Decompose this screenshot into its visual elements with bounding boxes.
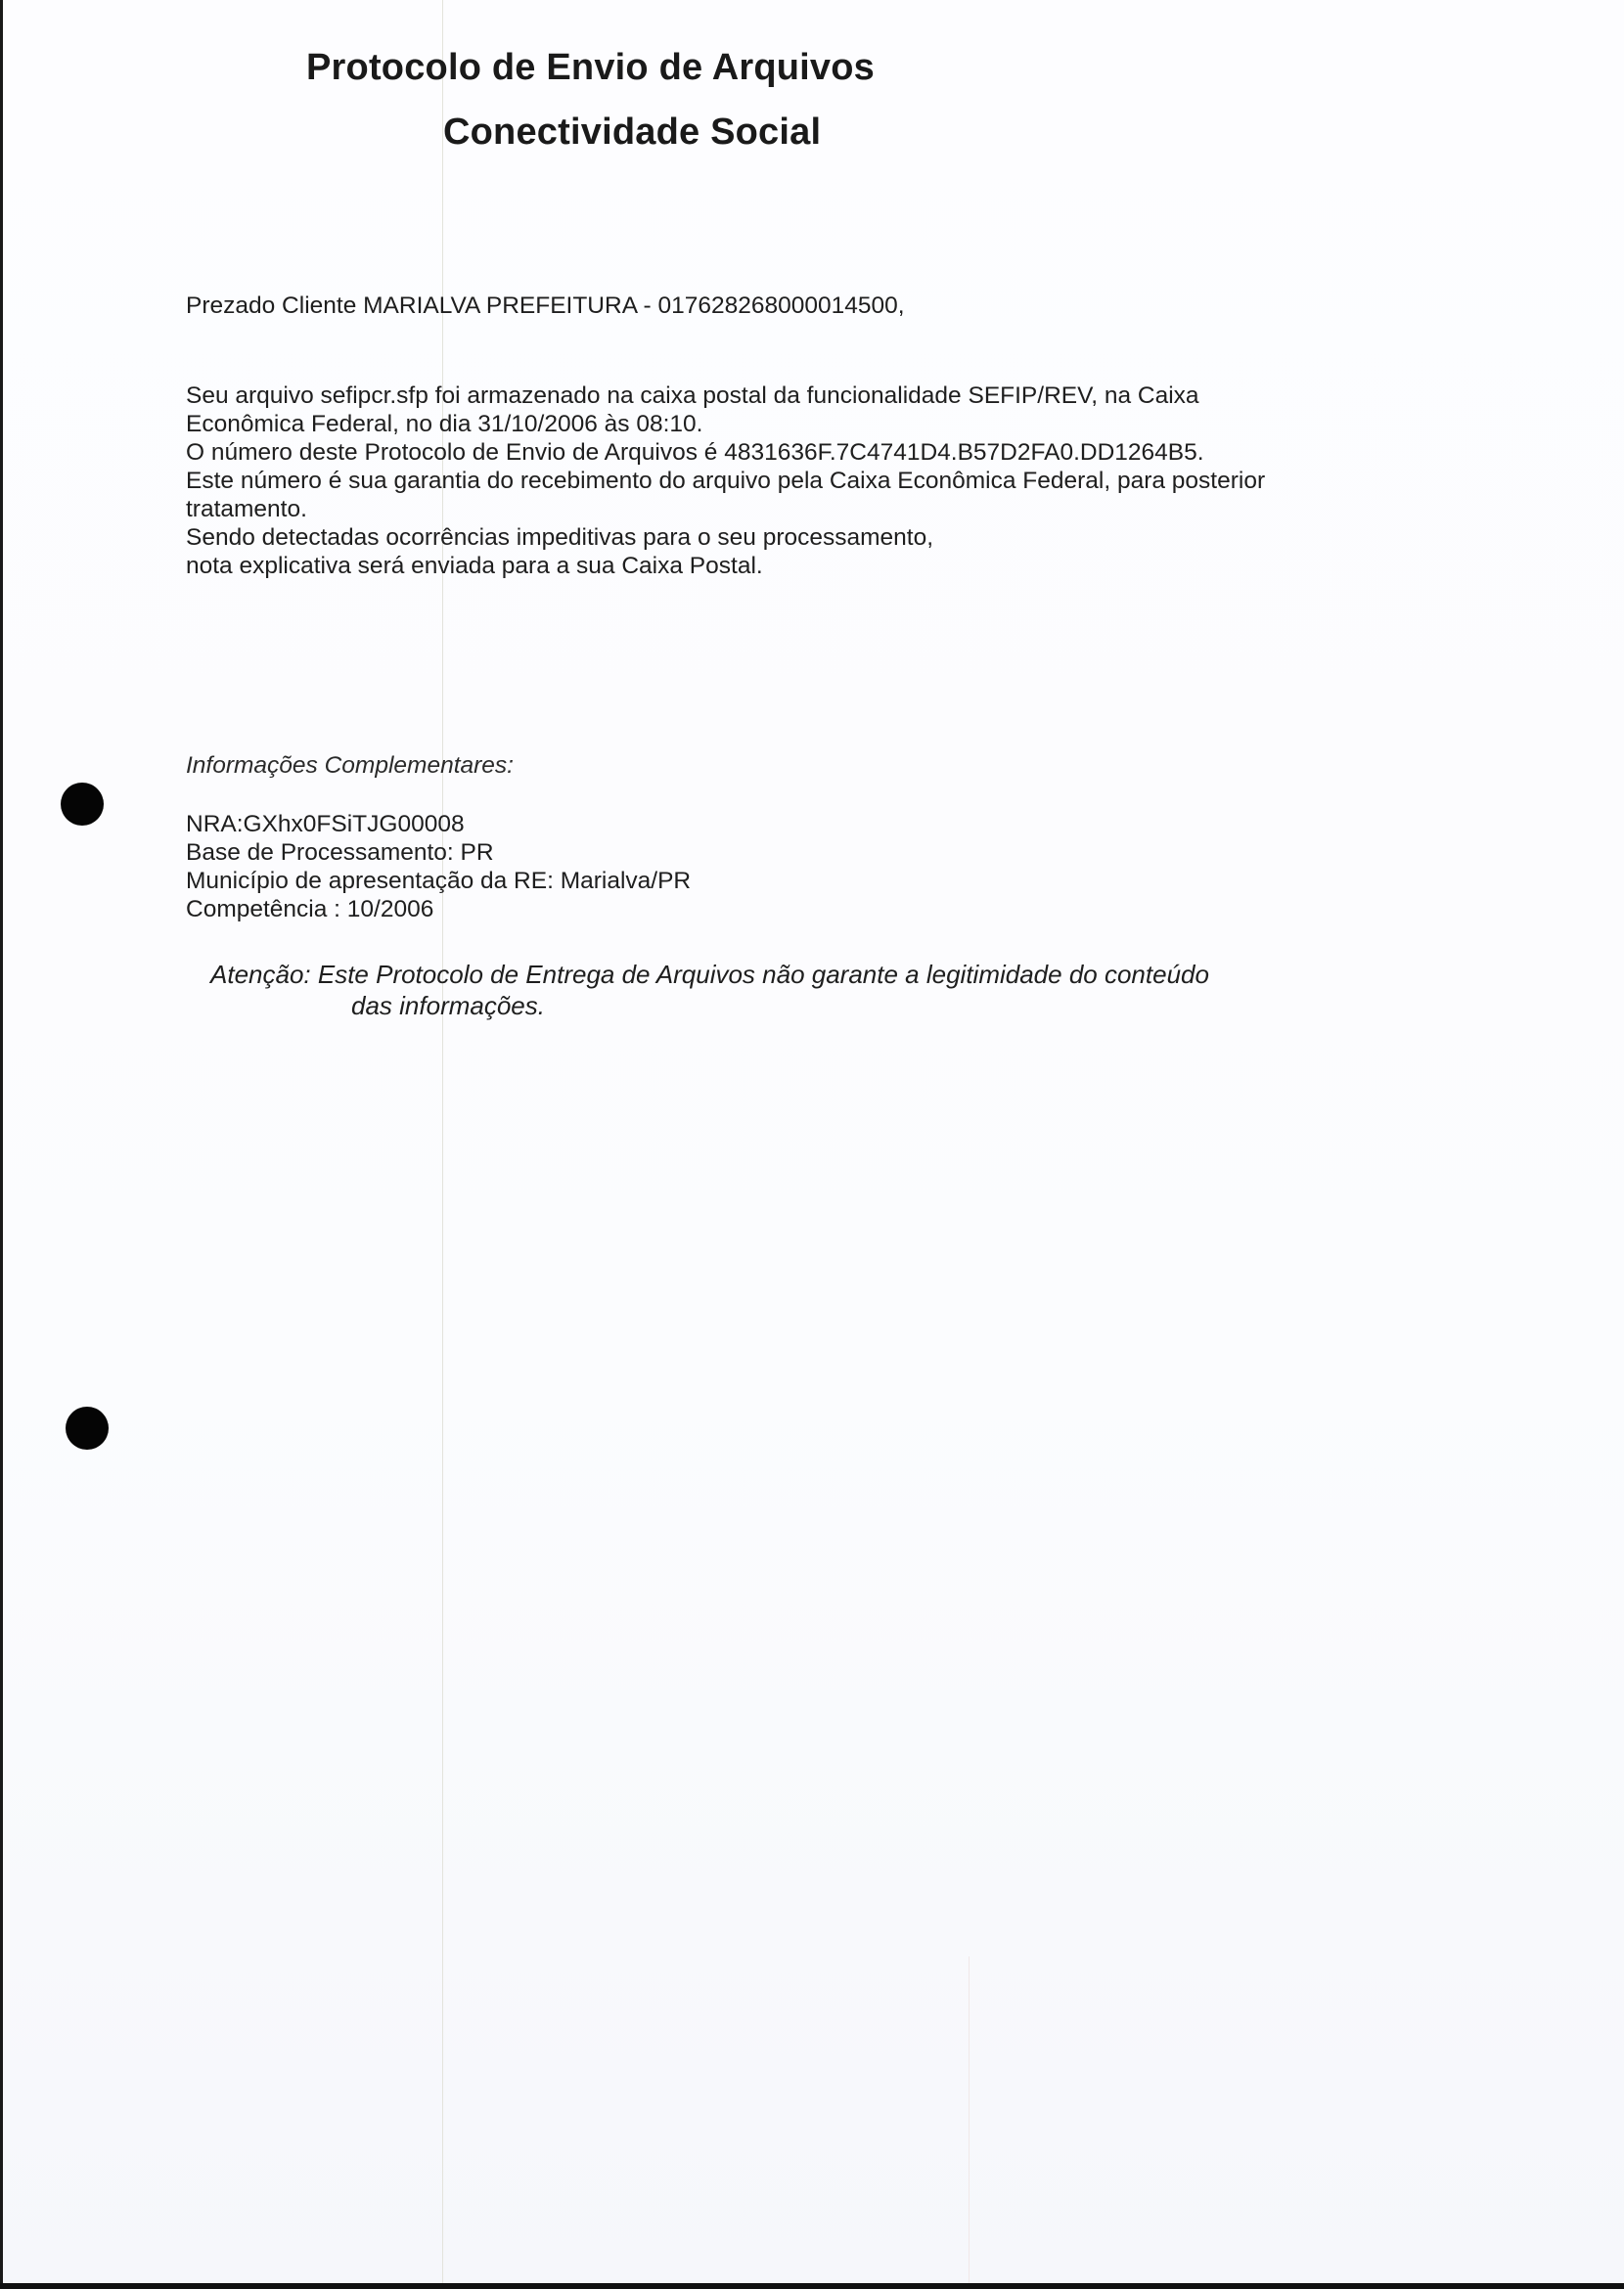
complementary-info-heading: Informações Complementares: bbox=[186, 751, 514, 780]
scan-artifact-line-secondary bbox=[969, 1956, 970, 2289]
scanned-document-page: Protocolo de Envio de Arquivos Conectivi… bbox=[0, 0, 1624, 2289]
body-line: tratamento. bbox=[186, 495, 1265, 523]
body-line: nota explicativa será enviada para a sua… bbox=[186, 552, 1265, 580]
body-paragraph: Seu arquivo sefipcr.sfp foi armazenado n… bbox=[186, 381, 1265, 580]
document-title: Protocolo de Envio de Arquivos bbox=[306, 47, 875, 89]
processing-base-line: Base de Processamento: PR bbox=[186, 838, 691, 867]
complementary-info-block: NRA:GXhx0FSiTJG00008 Base de Processamen… bbox=[186, 810, 691, 923]
document-subtitle: Conectividade Social bbox=[443, 112, 821, 154]
punch-hole-bottom bbox=[66, 1407, 109, 1450]
greeting-line: Prezado Cliente MARIALVA PREFEITURA - 01… bbox=[186, 292, 905, 320]
warning-line: Atenção: Este Protocolo de Entrega de Ar… bbox=[210, 959, 1209, 990]
nra-line: NRA:GXhx0FSiTJG00008 bbox=[186, 810, 691, 838]
body-line: Sendo detectadas ocorrências impeditivas… bbox=[186, 523, 1265, 552]
body-line: Seu arquivo sefipcr.sfp foi armazenado n… bbox=[186, 381, 1265, 410]
protocol-number-line: O número deste Protocolo de Envio de Arq… bbox=[186, 438, 1265, 467]
scan-left-edge bbox=[0, 0, 3, 2289]
scan-bottom-edge bbox=[0, 2283, 1624, 2289]
competence-line: Competência : 10/2006 bbox=[186, 895, 691, 923]
scan-artifact-line bbox=[442, 0, 443, 2289]
warning-notice: Atenção: Este Protocolo de Entrega de Ar… bbox=[210, 959, 1209, 1021]
municipality-line: Município de apresentação da RE: Marialv… bbox=[186, 867, 691, 895]
body-line: Este número é sua garantia do recebiment… bbox=[186, 467, 1265, 495]
punch-hole-top bbox=[61, 783, 104, 826]
warning-line: das informações. bbox=[210, 990, 1209, 1021]
body-line: Econômica Federal, no dia 31/10/2006 às … bbox=[186, 410, 1265, 438]
